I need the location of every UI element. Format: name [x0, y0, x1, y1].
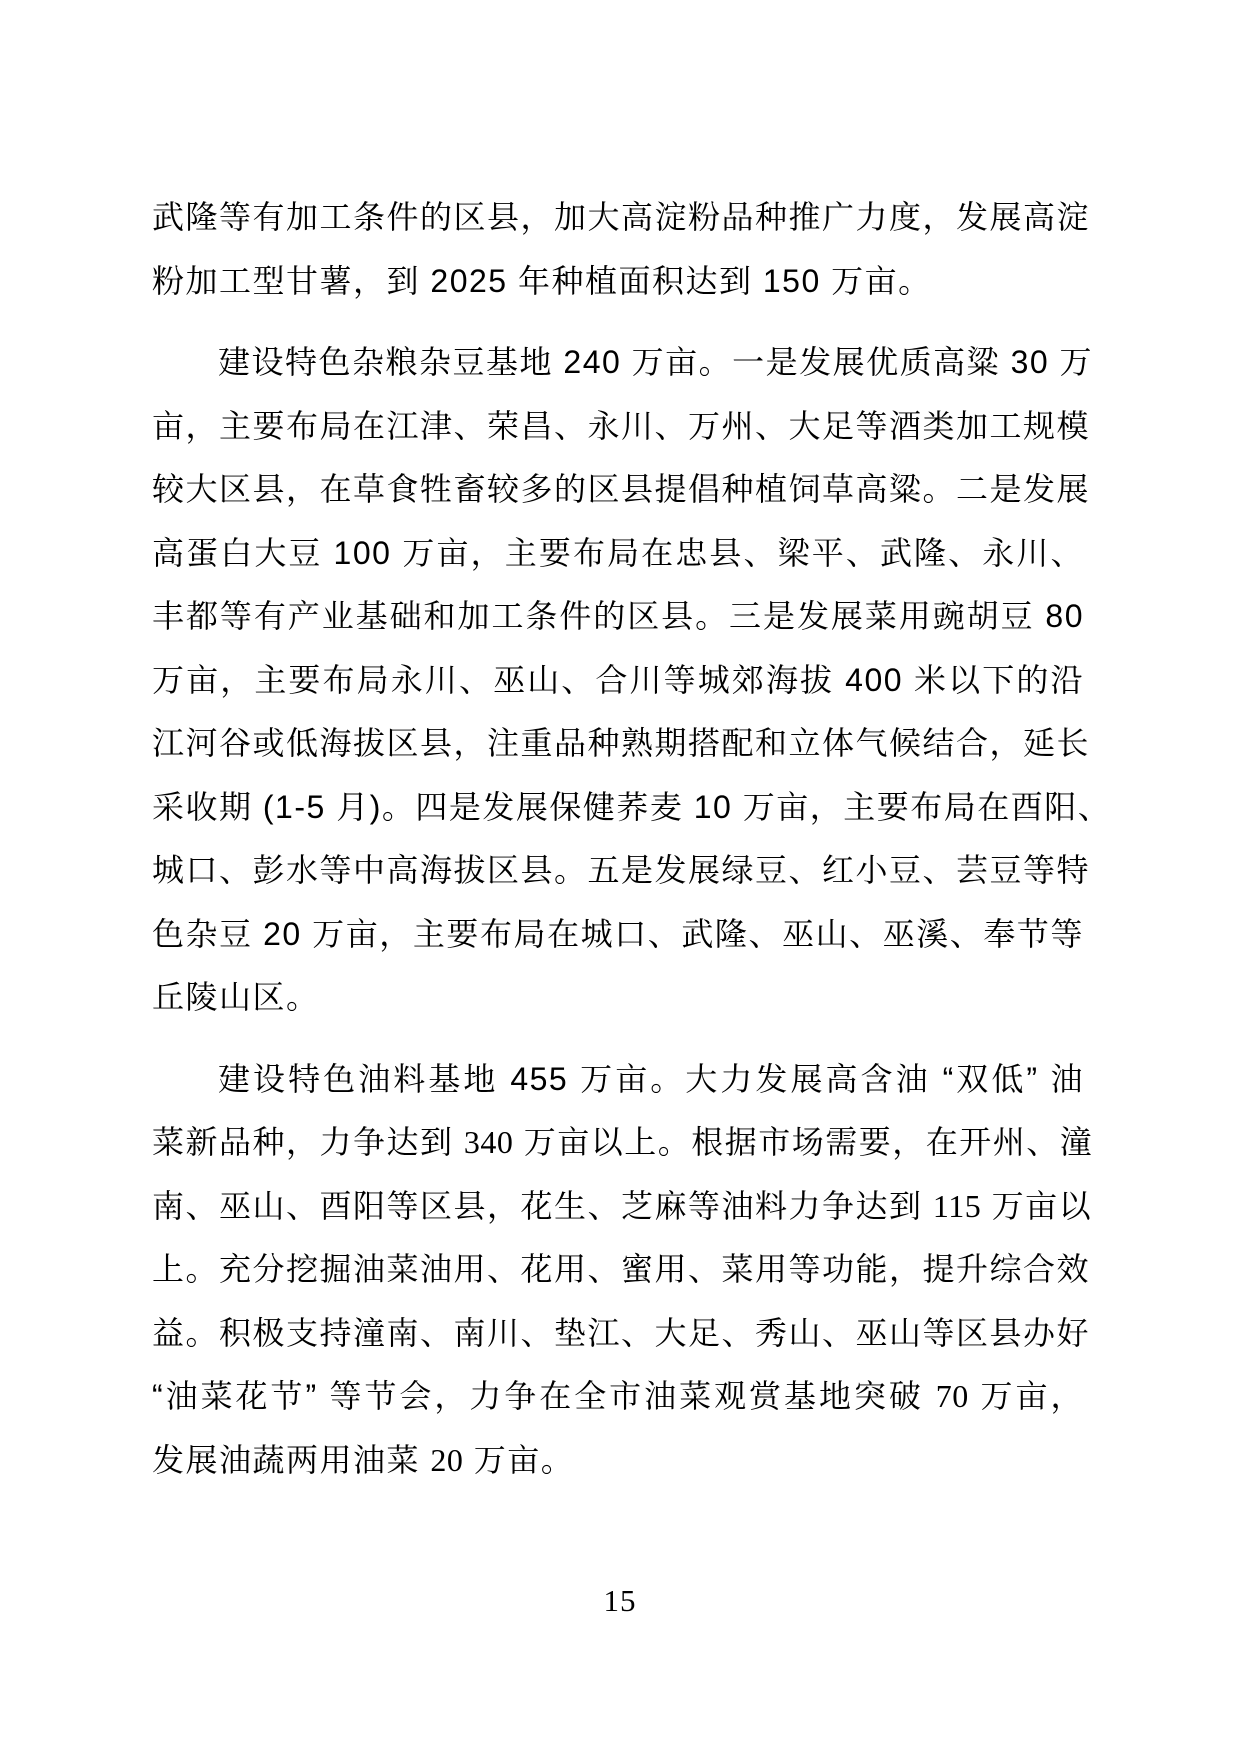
serif-number: 20 [430, 1442, 463, 1478]
text-segment: 色杂豆 20 万亩，主要布局在城口、武隆、巫山、巫溪、奉节等 [152, 916, 1084, 952]
text-segment: 上。充分挖掘油菜油用、花用、蜜用、菜用等功能，提升综合效 [152, 1251, 1090, 1287]
document-page: 武隆等有加工条件的区县，加大高淀粉品种推广力度，发展高淀粉加工型甘薯，到 202… [0, 0, 1240, 1754]
text-line: 万亩，主要布局永川、巫山、合川等城郊海拔 400 米以下的沿 [152, 649, 1084, 713]
text-line: 建设特色杂粮杂豆基地 240 万亩。一是发展优质高粱 30 万 [152, 331, 1084, 395]
text-segment: 采收期 (1-5 月)。四是发展保健荞麦 10 万亩，主要布局在酉阳、 [152, 789, 1111, 825]
text-line: 粉加工型甘薯，到 2025 年种植面积达到 150 万亩。 [152, 250, 1084, 314]
paragraph: 武隆等有加工条件的区县，加大高淀粉品种推广力度，发展高淀粉加工型甘薯，到 202… [152, 186, 1084, 313]
text-line: 丘陵山区。 [152, 966, 1084, 1030]
text-line: 建设特色油料基地 455 万亩。大力发展高含油 “双低” 油 [152, 1048, 1084, 1112]
text-line: 亩，主要布局在江津、荣昌、永川、万州、大足等酒类加工规模 [152, 395, 1084, 459]
text-segment: 高蛋白大豆 100 万亩，主要布局在忠县、梁平、武隆、永川、 [152, 535, 1084, 571]
serif-number: 115 [933, 1188, 981, 1224]
text-line: 益。积极支持潼南、南川、垫江、大足、秀山、巫山等区县办好 [152, 1302, 1084, 1366]
text-segment: 万亩以 [981, 1188, 1092, 1224]
text-segment: 建设特色杂粮杂豆基地 240 万亩。一是发展优质高粱 30 万 [218, 344, 1093, 380]
text-segment: 南、巫山、酉阳等区县，花生、芝麻等油料力争达到 [152, 1188, 933, 1224]
text-line: 高蛋白大豆 100 万亩，主要布局在忠县、梁平、武隆、永川、 [152, 522, 1084, 586]
document-body: 武隆等有加工条件的区县，加大高淀粉品种推广力度，发展高淀粉加工型甘薯，到 202… [152, 186, 1084, 1492]
text-line: 丰都等有产业基础和加工条件的区县。三是发展菜用豌胡豆 80 [152, 585, 1084, 649]
text-segment: 粉加工型甘薯，到 2025 年种植面积达到 150 万亩。 [152, 263, 932, 299]
text-segment: 建设特色油料基地 455 万亩。大力发展高含油 “双低” 油 [218, 1061, 1084, 1097]
text-line: 城口、彭水等中高海拔区县。五是发展绿豆、红小豆、芸豆等特 [152, 839, 1084, 903]
text-line: 武隆等有加工条件的区县，加大高淀粉品种推广力度，发展高淀 [152, 186, 1084, 250]
text-segment: 丘陵山区。 [152, 979, 320, 1015]
text-line: 采收期 (1-5 月)。四是发展保健荞麦 10 万亩，主要布局在酉阳、 [152, 776, 1084, 840]
text-segment: 菜新品种，力争达到 [152, 1124, 464, 1160]
text-segment: “油菜花节” 等节会，力争在全市油菜观赏基地突破 [152, 1378, 936, 1414]
text-segment: 亩，主要布局在江津、荣昌、永川、万州、大足等酒类加工规模 [152, 408, 1090, 444]
serif-number: 70 [936, 1378, 969, 1414]
text-segment: 益。积极支持潼南、南川、垫江、大足、秀山、巫山等区县办好 [152, 1315, 1090, 1351]
page-number: 15 [0, 1583, 1240, 1619]
text-line: 较大区县，在草食牲畜较多的区县提倡种植饲草高粱。二是发展 [152, 458, 1084, 522]
text-line: “油菜花节” 等节会，力争在全市油菜观赏基地突破 70 万亩， [152, 1365, 1084, 1429]
text-line: 发展油蔬两用油菜 20 万亩。 [152, 1429, 1084, 1493]
paragraph: 建设特色油料基地 455 万亩。大力发展高含油 “双低” 油菜新品种，力争达到 … [152, 1048, 1084, 1493]
text-segment: 江河谷或低海拔区县，注重品种熟期搭配和立体气候结合，延长 [152, 725, 1090, 761]
text-segment: 发展油蔬两用油菜 [152, 1442, 430, 1478]
text-line: 南、巫山、酉阳等区县，花生、芝麻等油料力争达到 115 万亩以 [152, 1175, 1084, 1239]
serif-number: 340 [464, 1124, 514, 1160]
text-segment: 万亩，主要布局永川、巫山、合川等城郊海拔 400 米以下的沿 [152, 662, 1084, 698]
text-segment: 万亩以上。根据市场需要，在开州、潼 [513, 1124, 1093, 1160]
text-segment: 万亩， [969, 1378, 1084, 1414]
text-segment: 武隆等有加工条件的区县，加大高淀粉品种推广力度，发展高淀 [152, 199, 1090, 235]
text-segment: 万亩。 [463, 1442, 574, 1478]
text-line: 江河谷或低海拔区县，注重品种熟期搭配和立体气候结合，延长 [152, 712, 1084, 776]
text-line: 上。充分挖掘油菜油用、花用、蜜用、菜用等功能，提升综合效 [152, 1238, 1084, 1302]
text-segment: 丰都等有产业基础和加工条件的区县。三是发展菜用豌胡豆 80 [152, 598, 1084, 634]
text-line: 菜新品种，力争达到 340 万亩以上。根据市场需要，在开州、潼 [152, 1111, 1084, 1175]
text-line: 色杂豆 20 万亩，主要布局在城口、武隆、巫山、巫溪、奉节等 [152, 903, 1084, 967]
paragraph: 建设特色杂粮杂豆基地 240 万亩。一是发展优质高粱 30 万亩，主要布局在江津… [152, 331, 1084, 1030]
text-segment: 较大区县，在草食牲畜较多的区县提倡种植饲草高粱。二是发展 [152, 471, 1090, 507]
text-segment: 城口、彭水等中高海拔区县。五是发展绿豆、红小豆、芸豆等特 [152, 852, 1090, 888]
